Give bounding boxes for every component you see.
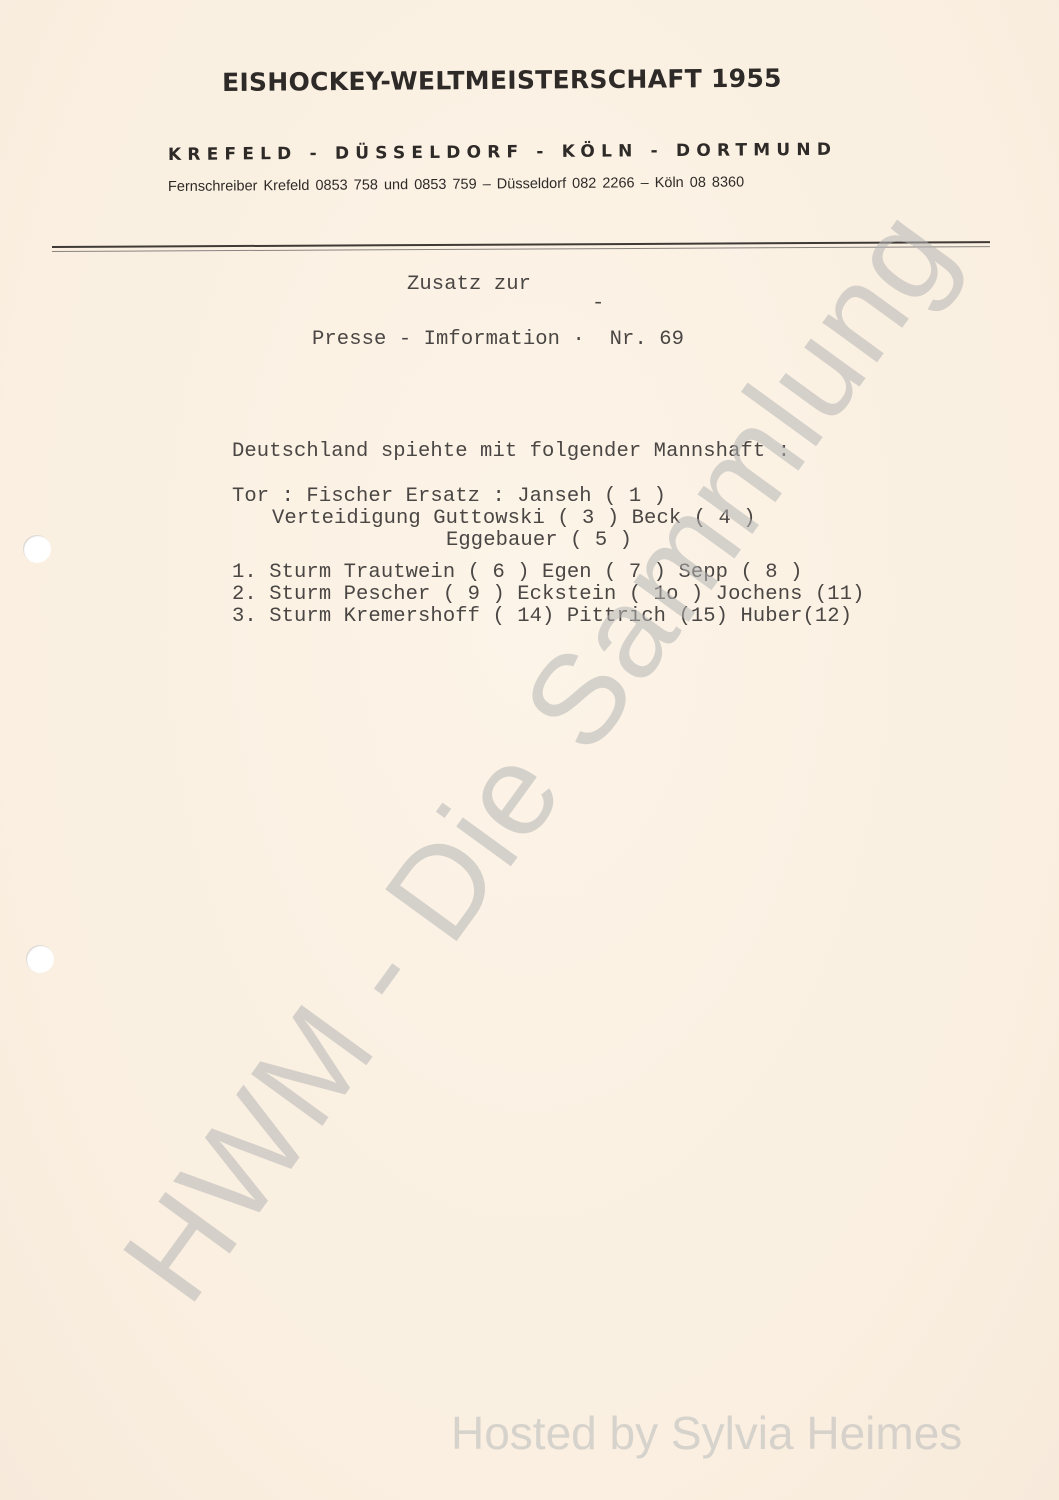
lineup-forward-line-2: 2. Sturm Pescher ( 9 ) Eckstein ( 1o ) J… xyxy=(232,583,865,606)
punch-hole xyxy=(26,945,54,973)
lineup-forward-line-1: 1. Sturm Trautwein ( 6 ) Egen ( 7 ) Sepp… xyxy=(232,561,803,584)
lineup-defense: Verteidigung Guttowski ( 3 ) Beck ( 4 ) xyxy=(272,507,756,530)
watermark-hosted-by: Hosted by Sylvia Heimes xyxy=(451,1406,962,1460)
addendum-label: Zusatz zur xyxy=(407,273,531,296)
press-info-heading: Presse - Imformation · Nr. 69 xyxy=(312,328,684,351)
dash-mark: - xyxy=(592,292,604,315)
punch-hole xyxy=(23,535,51,563)
letterhead-title: EISHOCKEY-WELTMEISTERSCHAFT 1955 xyxy=(222,64,782,97)
lineup-forward-line-3: 3. Sturm Kremershoff ( 14) Pittrich (15)… xyxy=(232,605,852,628)
paper-sheet xyxy=(0,0,1059,1500)
lineup-goalies: Tor : Fischer Ersatz : Janseh ( 1 ) xyxy=(232,485,666,508)
lineup-defense-extra: Eggebauer ( 5 ) xyxy=(446,529,632,552)
lineup-intro: Deutschland spiehte mit folgender Mannsh… xyxy=(232,440,790,463)
